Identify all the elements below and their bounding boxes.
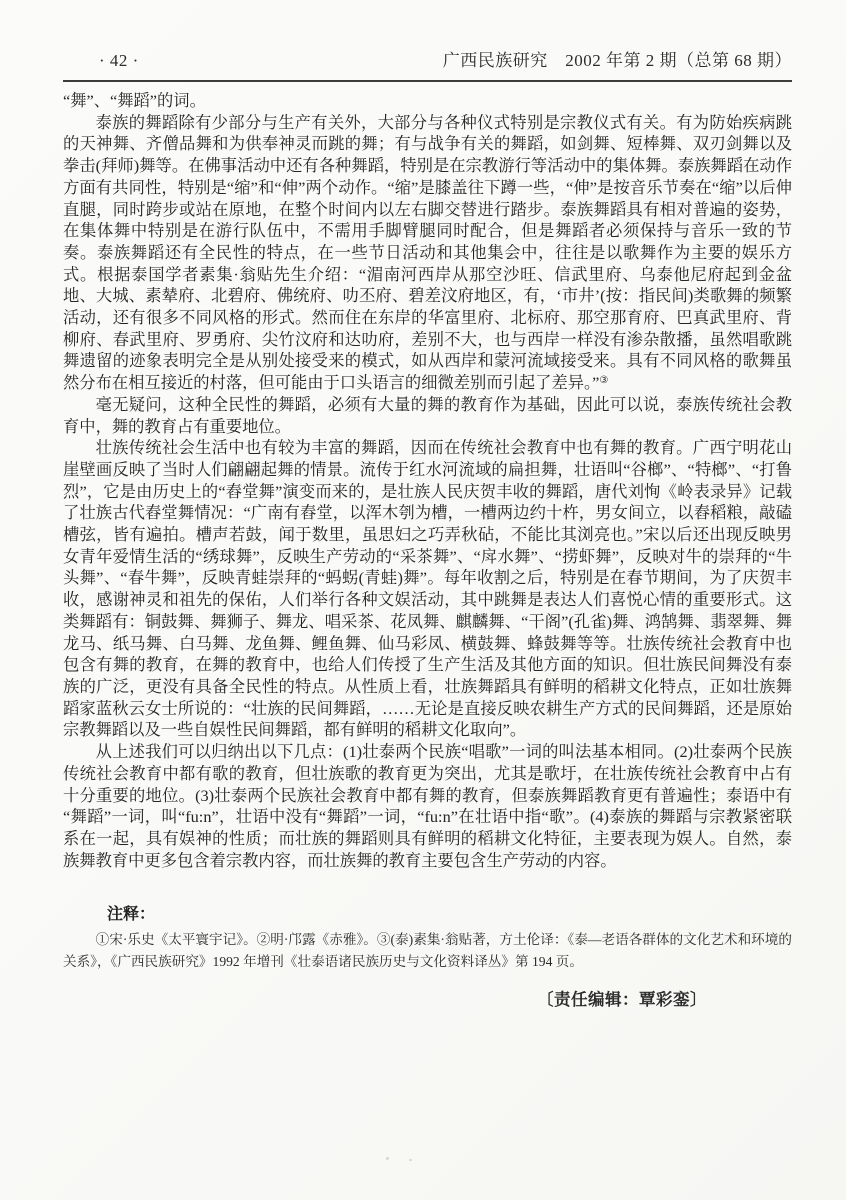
page-number: · 42 ·: [99, 51, 139, 71]
notes-text: ①宋·乐史《太平寰宇记》。②明·邝露《赤雅》。③(泰)素集·翁贴著，方土伦译：《…: [63, 929, 792, 972]
paragraph: 壮族传统社会生活中也有较为丰富的舞蹈，因而在传统社会教育中也有舞的教育。广西宁明…: [63, 437, 792, 741]
notes-heading: 注释：: [107, 901, 792, 924]
page-header: · 42 · 广西民族研究 2002 年第 2 期（总第 68 期）: [63, 46, 792, 71]
paragraph: 从上述我们可以归纳出以下几点：(1)壮泰两个民族“唱歌”一词的叫法基本相同。(2…: [63, 741, 792, 871]
footnote-marker: ③: [599, 375, 608, 386]
paragraph: “舞”、“舞蹈”的词。: [63, 90, 792, 112]
scan-speck: [409, 1159, 412, 1161]
paragraph: 泰族的舞蹈除有少部分与生产有关外，大部分与各种仪式特别是宗教仪式有关。有为防始疾…: [63, 112, 792, 394]
paragraph: 毫无疑问，这种全民性的舞蹈，必须有大量的舞的教育作为基础，因此可以说，泰族传统社…: [63, 394, 792, 437]
scan-speck: [386, 1157, 389, 1160]
article-body: “舞”、“舞蹈”的词。泰族的舞蹈除有少部分与生产有关外，大部分与各种仪式特别是宗…: [63, 90, 792, 871]
scanned-journal-page: · 42 · 广西民族研究 2002 年第 2 期（总第 68 期） “舞”、“…: [0, 0, 846, 1200]
header-rule: [63, 80, 792, 82]
journal-title-line: 广西民族研究 2002 年第 2 期（总第 68 期）: [443, 46, 792, 71]
editor-credit-line: 〔责任编辑：覃彩銮〕: [63, 986, 792, 1010]
page-content: · 42 · 广西民族研究 2002 年第 2 期（总第 68 期） “舞”、“…: [63, 46, 792, 1010]
